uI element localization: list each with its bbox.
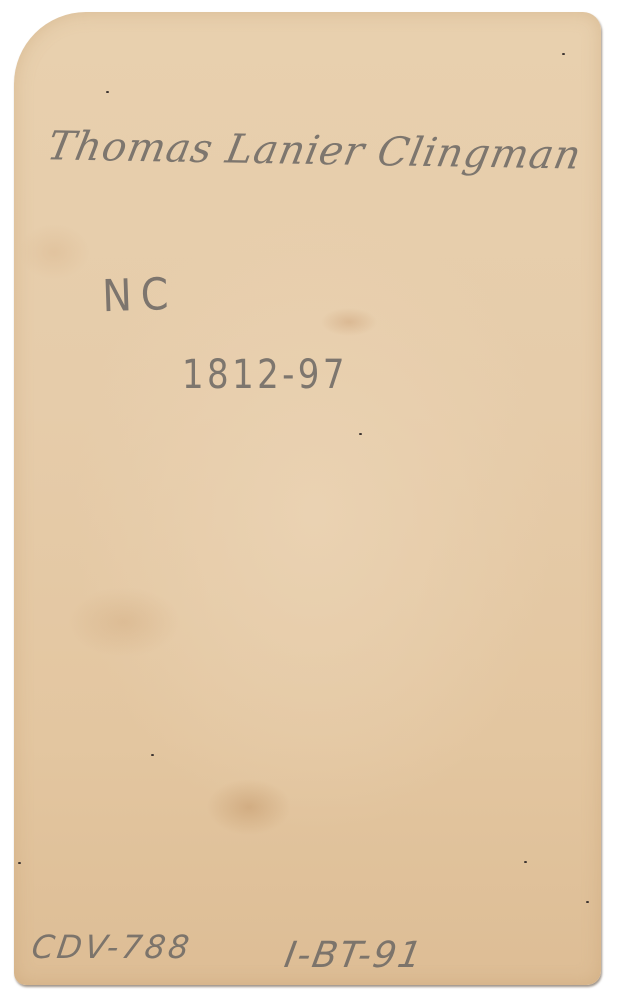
ink-speck <box>524 861 527 863</box>
accession-number-inscription: I-BT-91 <box>281 935 426 976</box>
state-inscription: NC <box>101 269 178 323</box>
ink-speck <box>106 91 109 93</box>
catalog-number-inscription: CDV-788 <box>29 928 194 966</box>
ink-speck <box>586 901 589 903</box>
ink-speck <box>562 53 565 55</box>
ink-speck <box>359 433 362 435</box>
subject-name-inscription: Thomas Lanier Clingman <box>44 123 586 178</box>
ink-speck <box>151 754 154 756</box>
life-years-inscription: 1812-97 <box>182 352 348 398</box>
ink-speck <box>18 862 21 864</box>
